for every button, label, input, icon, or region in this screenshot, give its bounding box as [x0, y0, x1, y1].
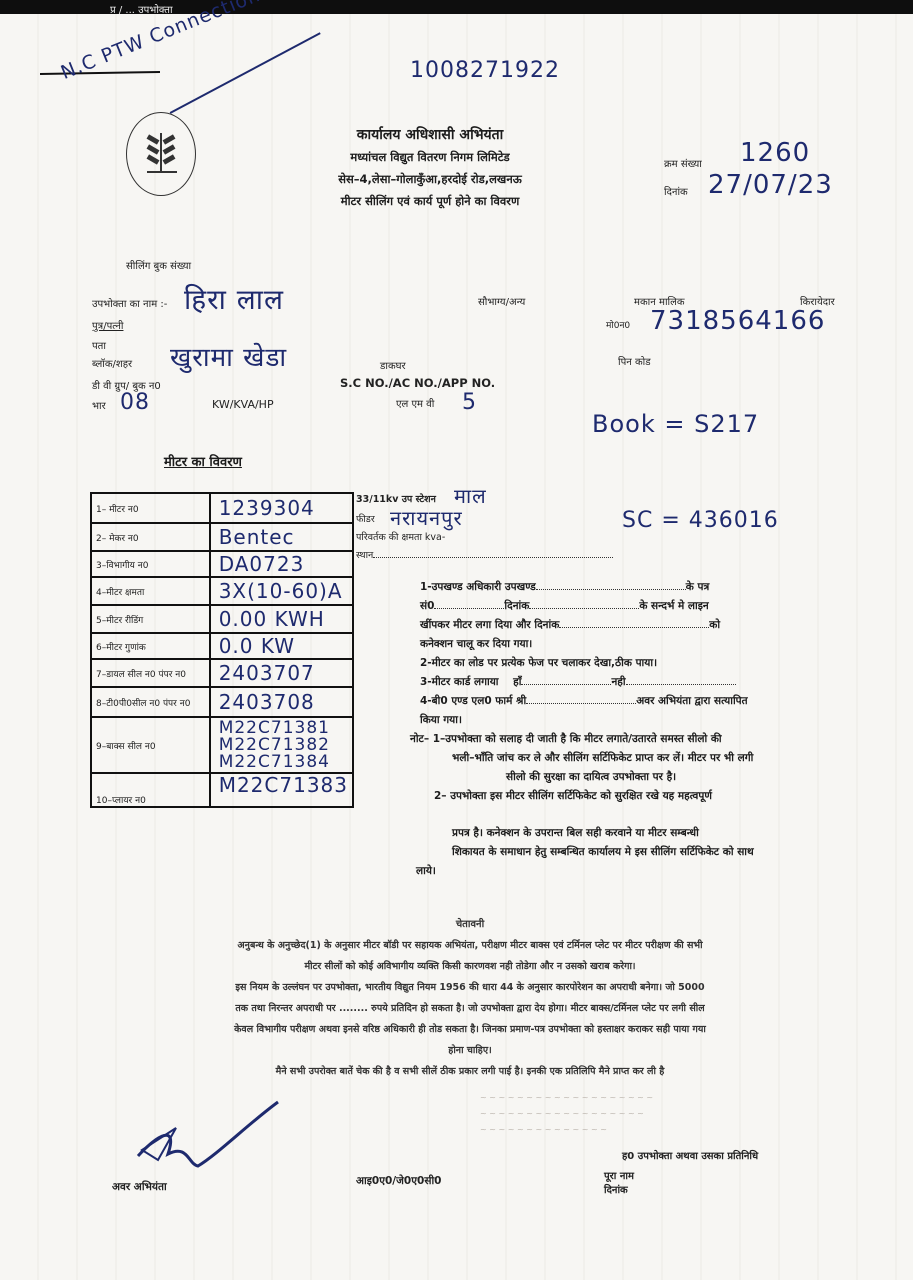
meter-field-label: 2– मेकर न0: [91, 523, 210, 551]
company-seal-logo-icon: [126, 112, 196, 196]
signature-date-label: दिनांक: [604, 1182, 628, 1196]
statement-4: 4-बी0 एण्ड एल0 फार्म श्रीअवर अभियंता द्व…: [420, 692, 820, 711]
sealing-book-label: सीलिंग बुक संख्या: [126, 258, 191, 272]
meter-field-value: M22C71383: [210, 773, 353, 807]
consumer-name-value: हिरा लाल: [184, 280, 284, 318]
saubhagya-label: सौभाग्य/अन्य: [478, 294, 525, 308]
annotation-sc: SC = 436016: [622, 508, 779, 533]
meter-field-value: 0.00 KWH: [210, 605, 353, 633]
table-row: 10–प्लायर न0M22C71383: [91, 773, 353, 807]
document-page: प्र / ... उपभोक्ता N.C PTW Connection 10…: [0, 0, 913, 1280]
statement-4b: किया गया।: [420, 711, 820, 730]
statement-3: 3-मीटर कार्ड लगाया हाँनही: [420, 673, 820, 692]
note-1b: भली–भाँति जांच कर ले और सीलिंग सर्टिफिके…: [410, 749, 830, 768]
statement-1d: कनेक्शन चालू कर दिया गया।: [420, 635, 820, 654]
meter-section-heading: मीटर का विवरण: [164, 452, 242, 470]
load-label: भार: [92, 398, 106, 412]
warning-line-2: मीटर सीलों को कोई अविभागीय व्यक्ति किसी …: [140, 956, 800, 977]
full-name-label: पूरा नाम: [604, 1168, 634, 1182]
table-row: 1– मीटर न01239304: [91, 493, 353, 523]
meter-field-label: 8–टी0पी0सील न0 पंपर न0: [91, 687, 210, 717]
meter-field-label: 3–विभागीय न0: [91, 551, 210, 577]
office-name: कार्यालय अधिशासी अभियंता: [290, 124, 570, 146]
block-value: खुरामा खेडा: [170, 338, 287, 374]
block-label: ब्लॉक/शहर: [92, 356, 132, 370]
junior-engineer-label: अवर अभियंता: [112, 1180, 167, 1194]
table-row: 5–मीटर रीडिंग0.00 KWH: [91, 605, 353, 633]
warning-title: चेतावनी: [140, 914, 800, 935]
table-row: 3–विभागीय न0DA0723: [91, 551, 353, 577]
warning-line-3: इस नियम के उल्लंघन पर उपभोक्ता, भारतीय व…: [140, 977, 800, 998]
feeder-label: फीडर: [356, 512, 375, 525]
meter-field-value: 2403708: [210, 687, 353, 717]
load-unit: KW/KVA/HP: [212, 398, 274, 411]
mobile-value: 7318564166: [650, 306, 825, 336]
company-name: मध्यांचल विद्युत वितरण निगम लिमिटेड: [290, 146, 570, 168]
table-row: 6–मीटर गुणांक0.0 KW: [91, 633, 353, 659]
meter-field-label: 6–मीटर गुणांक: [91, 633, 210, 659]
sc-no-label: S.C NO./AC NO./APP NO.: [340, 376, 495, 390]
warning-line-4: तक तथा निरन्तर अपराधी पर ........ रुपये …: [140, 998, 800, 1019]
document-title: मीटर सीलिंग एवं कार्य पूर्ण होने का विवर…: [290, 190, 570, 212]
bleed-through-text: ~ ~ ~ ~ ~ ~ ~ ~ ~ ~ ~ ~ ~ ~ ~ ~ ~ ~ ~~ ~…: [480, 1090, 800, 1138]
lmv-value: 5: [462, 390, 477, 415]
serial-label: क्रम संख्या: [664, 156, 702, 170]
statement-2: 2-मीटर का लोड पर प्रत्येक फेज पर चलाकर द…: [420, 654, 820, 673]
reference-number: 1008271922: [410, 58, 560, 83]
lmv-label: एल एम वी: [396, 396, 434, 410]
statement-1c: खींपकर मीटर लगा दिया और दिनांकको: [420, 616, 820, 635]
office-address: सेस–4,लेसा–गोलाकुँआ,हरदोई रोड,लखनऊ: [290, 168, 570, 190]
annotation-book: Book = S217: [592, 410, 759, 438]
table-row: 4–मीटर क्षमता3X(10-60)A: [91, 577, 353, 605]
date-label: दिनांक: [664, 184, 688, 198]
consumer-signature-label: ह0 उपभोक्ता अथवा उसका प्रतिनिधि: [622, 1148, 758, 1162]
note-1a: नोट– 1–उपभोक्ता को सलाह दी जाती है कि मी…: [410, 730, 830, 749]
meter-field-value: DA0723: [210, 551, 353, 577]
meter-field-label: 1– मीटर न0: [91, 493, 210, 523]
pen-stroke: [40, 71, 160, 75]
date-value: 27/07/23: [708, 170, 833, 200]
box-seal-number: M22C71381: [219, 720, 348, 737]
load-value: 08: [120, 390, 150, 415]
serial-value: 1260: [740, 138, 810, 168]
feeder-value: नरायनपुर: [390, 504, 463, 531]
statement-1a: 1-उपखण्ड अधिकारी उपखण्डके पत्र: [420, 578, 820, 597]
meter-details-table: 1– मीटर न012393042– मेकर न0Bentec3–विभाग…: [90, 492, 354, 808]
note-2b: प्रपत्र है। कनेक्शन के उपरान्त बिल सही क…: [410, 824, 830, 843]
table-row: 9–बाक्स सील न0M22C71381M22C71382M22C7138…: [91, 717, 353, 773]
meter-field-value: 2403707: [210, 659, 353, 687]
meter-field-value: M22C71381M22C71382M22C71384: [210, 717, 353, 773]
notes-block: नोट– 1–उपभोक्ता को सलाह दी जाती है कि मी…: [410, 730, 830, 881]
post-office-label: डाकघर: [380, 358, 406, 372]
pin-code-label: पिन कोड: [618, 354, 651, 368]
place-label: स्थान: [356, 548, 613, 561]
meter-field-label: 9–बाक्स सील न0: [91, 717, 210, 773]
mobile-label: मो0न0: [606, 318, 630, 331]
transformer-capacity-label: परिवर्तक की क्षमता kva-: [356, 530, 445, 543]
table-row: 7–डायल सील न0 पंपर न02403707: [91, 659, 353, 687]
address-label: पता: [92, 338, 106, 352]
annotation-arrow: [170, 32, 321, 113]
warning-block: चेतावनी अनुबन्ध के अनुच्छेद(1) के अनुसार…: [140, 914, 800, 1082]
signature-scribble: [128, 1094, 288, 1174]
warning-line-6: होना चाहिए।: [140, 1040, 800, 1061]
note-1c: सीलो की सुरक्षा का दायित्व उपभोक्ता पर ह…: [410, 768, 830, 787]
note-2d: लाये।: [410, 862, 830, 881]
top-edge-text: प्र / ... उपभोक्ता: [110, 2, 173, 16]
consumer-name-label: उपभोक्ता का नाम :-: [92, 296, 167, 310]
meter-field-value: 1239304: [210, 493, 353, 523]
ia-jac-label: आइ0ए0/जे0ए0सी0: [356, 1174, 441, 1188]
box-seal-number: M22C71384: [219, 754, 348, 771]
warning-line-1: अनुबन्ध के अनुच्छेद(1) के अनुसार मीटर बॉ…: [140, 935, 800, 956]
warning-line-7: मैने सभी उपरोक्त बातें चेक की है व सभी स…: [140, 1061, 800, 1082]
meter-field-label: 7–डायल सील न0 पंपर न0: [91, 659, 210, 687]
table-row: 8–टी0पी0सील न0 पंपर न02403708: [91, 687, 353, 717]
note-2c: शिकायत के समाधान हेतु सम्बन्धित कार्यालय…: [410, 843, 830, 862]
letterhead: कार्यालय अधिशासी अभियंता मध्यांचल विद्यु…: [290, 124, 570, 212]
meter-field-value: Bentec: [210, 523, 353, 551]
relation-label: पुत्र/पत्नी: [92, 318, 123, 332]
note-2a: 2– उपभोक्ता इस मीटर सीलिंग सर्टिफिकेट को…: [410, 787, 830, 806]
scan-top-edge: प्र / ... उपभोक्ता: [0, 0, 913, 14]
meter-field-label: 4–मीटर क्षमता: [91, 577, 210, 605]
warning-line-5: केवल विभागीय परीक्षण अथवा इनसे वरिष्ठ अध…: [140, 1019, 800, 1040]
meter-field-value: 3X(10-60)A: [210, 577, 353, 605]
statements-block: 1-उपखण्ड अधिकारी उपखण्डके पत्र सं0दिनांक…: [420, 578, 820, 730]
box-seal-number: M22C71382: [219, 737, 348, 754]
meter-field-value: 0.0 KW: [210, 633, 353, 659]
statement-1b: सं0दिनांकके सन्दर्भ मे लाइन: [420, 597, 820, 616]
meter-field-label: 10–प्लायर न0: [91, 773, 210, 807]
meter-field-label: 5–मीटर रीडिंग: [91, 605, 210, 633]
table-row: 2– मेकर न0Bentec: [91, 523, 353, 551]
